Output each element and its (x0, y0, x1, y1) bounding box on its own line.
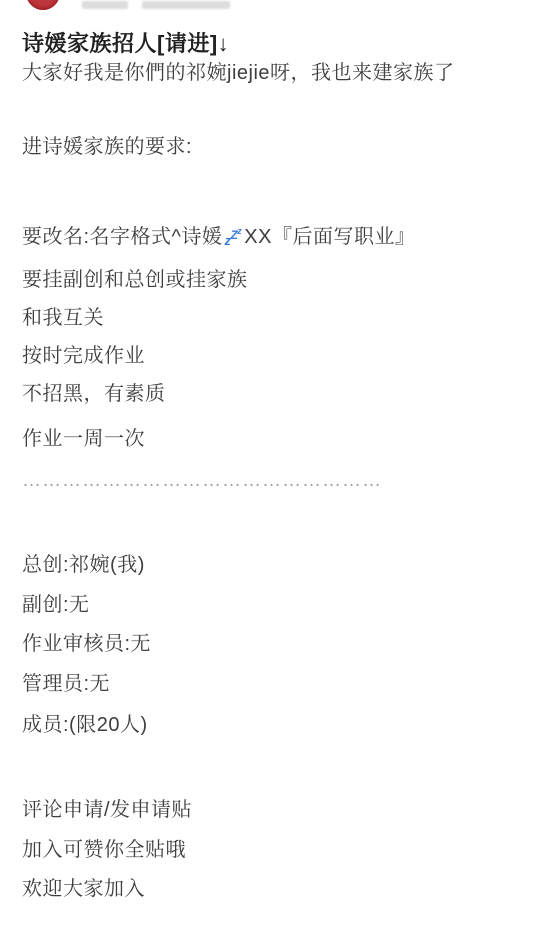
role-line: 管理员:无 (22, 671, 110, 697)
requirement-line: 作业一周一次 (22, 426, 145, 452)
avatar[interactable] (26, 0, 60, 10)
rename-prefix: 要改名:名字格式^诗媛 (22, 226, 222, 248)
closing-line: 加入可赞你全贴哦 (22, 837, 186, 863)
post-meta-fragment (82, 1, 128, 9)
requirement-line: 不招黑，有素质 (22, 381, 166, 407)
requirement-line: 按时完成作业 (22, 343, 145, 369)
requirements-heading: 进诗媛家族的要求: (22, 134, 192, 160)
post-title: 诗媛家族招人[请进]↓ (22, 27, 229, 58)
role-line: 副创:无 (22, 592, 90, 618)
requirement-line: 要挂副创和总创或挂家族 (22, 267, 248, 293)
requirement-line: 和我互关 (22, 305, 104, 331)
role-line: 成员:(限20人) (22, 712, 148, 738)
sleep-zzz-icon: zZz (224, 218, 242, 254)
post-page: 诗媛家族招人[请进]↓ 大家好我是你們的祁婉jiejie呀，我也来建家族了 进诗… (0, 0, 542, 942)
closing-line: 欢迎大家加入 (22, 876, 145, 902)
post-meta-fragment (142, 1, 230, 9)
role-line: 总创:祁婉(我) (22, 552, 145, 578)
post-intro: 大家好我是你們的祁婉jiejie呀，我也来建家族了 (22, 60, 455, 86)
rename-requirement: 要改名:名字格式^诗媛zZzXX『后面写职业』 (22, 218, 415, 254)
dotted-divider: ……………………………………………… (22, 468, 382, 494)
closing-line: 评论申请/发申请贴 (22, 797, 192, 823)
role-line: 作业审核员:无 (22, 631, 151, 657)
post-header (0, 0, 542, 14)
rename-suffix: XX『后面写职业』 (244, 226, 415, 248)
